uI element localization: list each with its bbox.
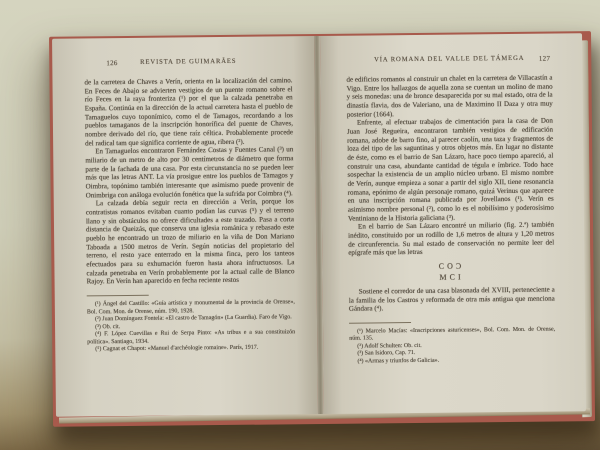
right-body-text-after: Sostiene el corredor de una casa blasona… — [349, 285, 555, 313]
photo-of-open-book: { "colors": { "bg_top": "#d5d4bf", "bg_b… — [0, 0, 600, 450]
paragraph: En Tamaguelos encontraron Fernández Cost… — [85, 146, 294, 200]
paragraph: de edificios romanos al construir un cha… — [346, 74, 552, 120]
left-page: 126 REVISTA DE GUIMARÃES de la carretera… — [52, 36, 318, 417]
paragraph: La calzada debía seguir recta en direcci… — [86, 198, 295, 287]
left-running-head: 126 REVISTA DE GUIMARÃES — [84, 56, 292, 71]
left-footnotes: (¹) Ángel del Castillo: «Guía artística … — [87, 299, 296, 354]
page-spread: 126 REVISTA DE GUIMARÃES de la carretera… — [52, 33, 586, 417]
open-book: 126 REVISTA DE GUIMARÃES de la carretera… — [52, 33, 586, 417]
right-footnotes: (¹) Marcelo Macías: «Inscripciones astur… — [349, 326, 555, 366]
photo-background: 126 REVISTA DE GUIMARÃES de la carretera… — [0, 0, 600, 450]
footnote: (⁵) Cagnat et Chapot: «Manuel d'archéolo… — [87, 344, 295, 354]
inscription-line: MCI — [349, 271, 555, 284]
footnote-rule — [87, 295, 149, 297]
left-page-number: 126 — [106, 59, 117, 67]
right-running-head: VÍA ROMANA DEL VALLE DEL TÁMEGA 127 — [346, 54, 552, 69]
right-page-number: 127 — [539, 55, 550, 63]
milestone-inscription: COƆ MCI — [348, 261, 554, 284]
right-body-text: de edificios romanos al construir un cha… — [346, 74, 554, 258]
paragraph: Enfrente, al efectuar trabajos de ciment… — [347, 117, 554, 223]
paragraph: de la carretera de Chaves a Verín, orien… — [84, 76, 293, 148]
left-body-text: de la carretera de Chaves a Verín, orien… — [84, 76, 294, 286]
paragraph: En el barrio de San Lázaro encontré un m… — [348, 221, 554, 258]
paragraph: Sostiene el corredor de una casa blasona… — [349, 285, 555, 313]
right-page: VÍA ROMANA DEL VALLE DEL TÁMEGA 127 de e… — [320, 33, 586, 414]
right-running-title: VÍA ROMANA DEL VALLE DEL TÁMEGA — [346, 54, 552, 64]
footnote: (⁴) «Armas y triunfos de Galicia». — [349, 356, 555, 366]
footnote-rule — [349, 322, 411, 324]
